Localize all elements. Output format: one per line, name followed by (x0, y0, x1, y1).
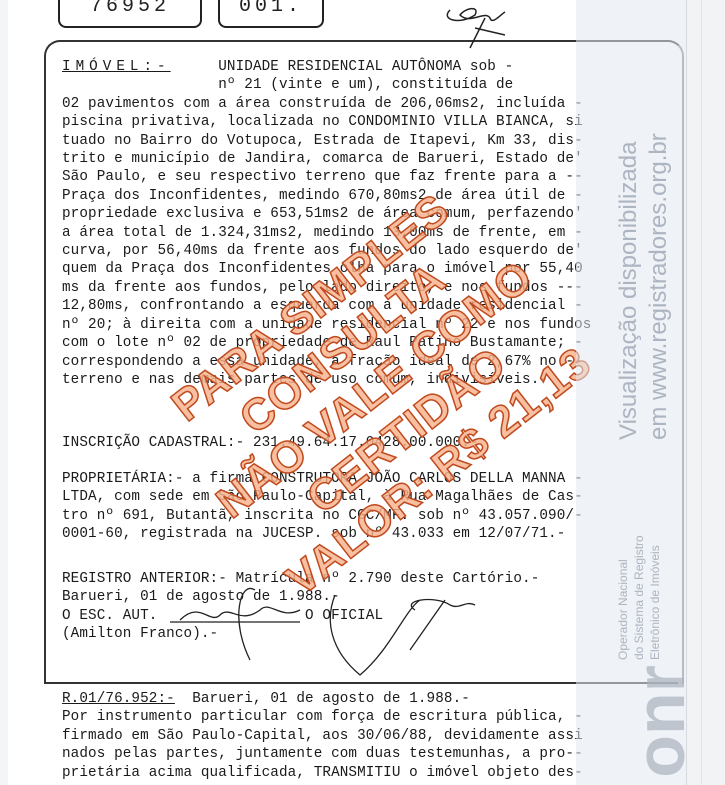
text-line: quem da Praça dos Inconfidentes olha par… (62, 260, 591, 278)
matricula-number: 76952 (90, 0, 170, 18)
text-line: 0001-60, registrada na JUCESP. sob nº 43… (62, 525, 583, 543)
r01-number: R.01/76.952:- (62, 691, 175, 707)
text-line: curva, por 56,40ms da frente aos fundos … (62, 242, 591, 260)
text-line: ms da frente aos fundos, pelo lado direi… (62, 279, 591, 297)
onr-logo: onr (620, 665, 700, 778)
text-line: propriedade exclusiva e 653,51ms2 de áre… (62, 205, 591, 223)
inscricao-cadastral: INSCRIÇÃO CADASTRAL:- 231.49.64.17.0428.… (62, 434, 479, 452)
text-line: correspondendo a essa unidade, a fração … (62, 353, 591, 371)
text-line: Por instrumento particular com força de … (62, 708, 583, 726)
text-line: 12,80ms, confrontando a esquerda com a u… (62, 297, 591, 315)
signature-top (430, 0, 540, 50)
text-line: firmado em São Paulo-Capital, aos 30/06/… (62, 727, 583, 745)
text-line: a área total de 1.324,31ms2, medindo 13,… (62, 224, 591, 242)
text-line: Praça dos Inconfidentes, medindo 670,80m… (62, 187, 591, 205)
visualization-notice-line-2: em www.registradores.org.br (645, 40, 673, 440)
section-divider (46, 682, 678, 684)
operator-line-1: Operador Nacional (616, 520, 630, 660)
text-line: LTDA, com sede em São Paulo-Capital, à R… (62, 488, 583, 506)
signature-escrevente (160, 580, 480, 680)
text-line: tro nº 691, Butantã, inscrita no CGC/MF.… (62, 507, 583, 525)
text-line: UNIDADE RESIDENCIAL AUTÔNOMA sob - (62, 58, 591, 76)
r01-header: R.01/76.952:- Barueri, 01 de agosto de 1… (62, 690, 470, 708)
ficha-number-box: 001. (218, 0, 324, 28)
visualization-notice-line-1: Visualização disponibilizada (615, 40, 643, 440)
text-line: nº 21 (vinte e um), constituída de (62, 76, 591, 94)
text-line: 02 pavimentos com a área construída de 2… (62, 95, 591, 113)
text-line: nados pelas partes, juntamente com duas … (62, 745, 583, 763)
proprietaria-section: PROPRIETÁRIA:- a firma CONSTRUTORA JOÃO … (62, 470, 583, 544)
text-line: terreno e nas demais partes de uso comum… (62, 371, 591, 389)
imovel-description: UNIDADE RESIDENCIAL AUTÔNOMA sob - nº 21… (62, 58, 591, 389)
matricula-number-box: 76952 (58, 0, 202, 28)
operator-line-2: do Sistema de Registro (632, 520, 646, 660)
text-line: prietária acima qualificada, TRANSMITIU … (62, 764, 583, 782)
operator-line-3: Eletrônico de Imóveis (648, 520, 662, 660)
text-line: nº 20; à direita com a unidade residenci… (62, 316, 591, 334)
r01-body: Por instrumento particular com força de … (62, 708, 583, 782)
r01-date: Barueri, 01 de agosto de 1.988.- (175, 691, 470, 707)
text-line: trito e município de Jandira, comarca de… (62, 150, 591, 168)
text-line: com o lote nº 02 de propriedade de Raul … (62, 334, 591, 352)
ficha-number: 001. (239, 0, 303, 18)
text-line: piscina privativa, localizada no CONDOMI… (62, 113, 591, 131)
text-line: São Paulo, e seu respectivo terreno que … (62, 168, 591, 186)
text-line: PROPRIETÁRIA:- a firma CONSTRUTORA JOÃO … (62, 470, 583, 488)
text-line: tuado no Bairro do Votupoca, Estrada de … (62, 132, 591, 150)
scrollbar-line (701, 0, 702, 785)
